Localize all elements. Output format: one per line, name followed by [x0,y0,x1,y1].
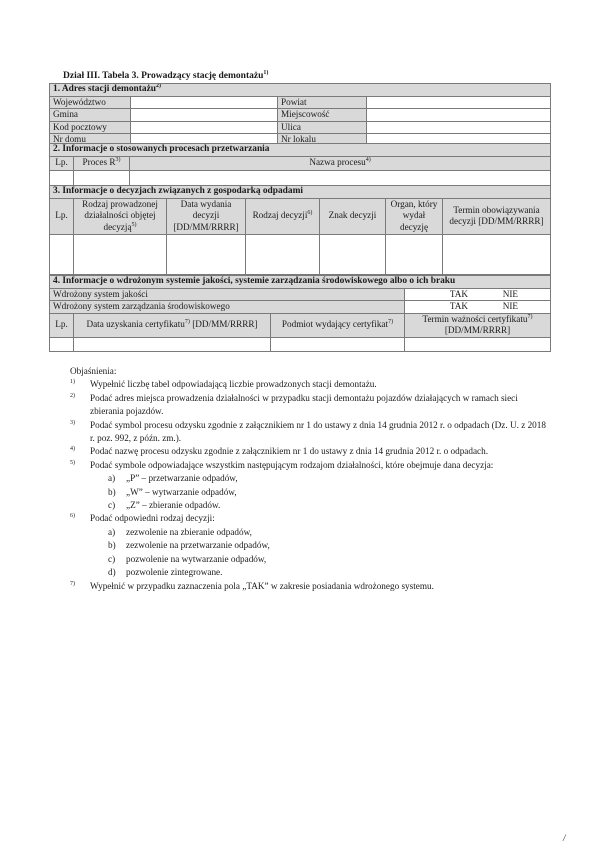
col-lp: Lp. [50,156,74,170]
field-nazwa-procesu[interactable] [130,170,551,186]
col-podmiot: Podmiot wydający certyfikat7) [271,313,405,337]
note-6-d: d)pozwolenie zintegrowane. [70,566,550,579]
field-znak-decyzji[interactable] [320,234,386,274]
note-5: 5)Podać symbole odpowiadające wszystkim … [70,459,550,472]
field-proces-r[interactable] [74,170,130,186]
explanations-heading: Objaśnienia: [70,365,550,378]
col-lp: Lp. [50,198,74,234]
col-termin-waznosci: Termin ważności certyfikatu7)[DD/MM/RRRR… [405,313,551,337]
note-4: 4)Podać nazwę procesu odzysku zgodnie z … [70,445,550,458]
option-tak[interactable]: TAK [408,289,468,301]
footnote-ref: 1) [263,70,268,76]
label-system-jakosci: Wdrożony system jakości [50,288,405,301]
col-rodzaj-decyzji: Rodzaj decyzji6) [246,198,320,234]
section-1-header: 1. Adres stacji demontażu2) [50,84,551,97]
label-wojewodztwo: Województwo [50,96,131,109]
section-3-header: 3. Informacje o decyzjach związanych z g… [50,186,551,199]
note-2: 2)Podać adres miejsca prowadzenia działa… [70,392,550,419]
option-nie[interactable]: NIE [468,301,518,313]
decisions-table: 3. Informacje o decyzjach związanych z g… [49,185,551,275]
field-organ[interactable] [386,234,443,274]
field-termin-waznosci[interactable] [405,337,551,351]
section-4-header: 4. Informacje o wdrożonym systemie jakoś… [50,276,551,289]
title-text: Dział III. Tabela 3. Prowadzący stację d… [63,71,263,81]
field-rodzaj-decyzji[interactable] [246,234,320,274]
option-nie[interactable]: NIE [468,289,518,301]
col-organ: Organ, który wydał decyzję [386,198,443,234]
note-1: 1)Wypełnić liczbę tabel odpowiadającą li… [70,378,550,391]
label-gmina: Gmina [50,109,131,122]
field-ulica[interactable] [367,121,551,134]
field-kod-pocztowy[interactable] [131,121,278,134]
col-znak-decyzji: Znak decyzji [320,198,386,234]
section-2-header: 2. Informacje o stosowanych procesach pr… [50,144,551,157]
label-ulica: Ulica [278,121,367,134]
explanations: Objaśnienia: 1)Wypełnić liczbę tabel odp… [70,365,550,593]
col-proces-r: Proces R3) [74,156,130,170]
col-data-uzyskania: Data uzyskania certyfikatu7) [DD/MM/RRRR… [74,313,271,337]
option-tak[interactable]: TAK [408,301,468,313]
note-6-c: c)pozwolenie na wytwarzanie odpadów, [70,553,550,566]
processes-table: 2. Informacje o stosowanych procesach pr… [49,143,551,187]
note-3: 3)Podać symbol procesu odzysku zgodnie z… [70,419,550,446]
note-6-a: a)zezwolenie na zbieranie odpadów, [70,526,550,539]
field-rodzaj-dzialalnosci[interactable] [74,234,167,274]
field-lp[interactable] [50,234,74,274]
note-7: 7)Wypełnić w przypadku zaznaczenia pola … [70,580,550,593]
col-rodzaj-dzialalnosci: Rodzaj prowadzonej działalności objętej … [74,198,167,234]
field-podmiot[interactable] [271,337,405,351]
note-6: 6)Podać odpowiedni rodzaj decyzji: [70,512,550,525]
note-5-c: c)„Z” – zbieranie odpadów. [70,499,550,512]
field-gmina[interactable] [131,109,278,122]
address-table: 1. Adres stacji demontażu2) Województwo … [49,83,551,147]
quality-system-table: 4. Informacje o wdrożonym systemie jakoś… [49,275,551,352]
label-powiat: Powiat [278,96,367,109]
system-srodowiskowy-choice[interactable]: TAKNIE [405,301,551,314]
col-lp: Lp. [50,313,74,337]
field-data-uzyskania[interactable] [74,337,271,351]
note-5-a: a)„P” – przetwarzanie odpadów, [70,472,550,485]
field-wojewodztwo[interactable] [131,96,278,109]
page-number: / [563,833,566,843]
note-5-b: b)„W” – wytwarzanie odpadów, [70,486,550,499]
label-miejscowosc: Miejscowość [278,109,367,122]
field-powiat[interactable] [367,96,551,109]
col-nazwa-procesu: Nazwa procesu4) [130,156,551,170]
field-miejscowosc[interactable] [367,109,551,122]
note-6-b: b)zezwolenie na przetwarzanie odpadów, [70,539,550,552]
system-jakosci-choice[interactable]: TAKNIE [405,288,551,301]
label-system-srodowiskowy: Wdrożony system zarządzania środowiskowe… [50,301,405,314]
col-data-wydania: Data wydania decyzji [DD/MM/RRRR] [167,198,246,234]
field-lp[interactable] [50,170,74,186]
field-lp[interactable] [50,337,74,351]
label-kod-pocztowy: Kod pocztowy [50,121,131,134]
field-data-wydania[interactable] [167,234,246,274]
field-termin-obowiazywania[interactable] [443,234,551,274]
page-title: Dział III. Tabela 3. Prowadzący stację d… [63,71,268,81]
col-termin-obowiazywania: Termin obowiązywania decyzji [DD/MM/RRRR… [443,198,551,234]
